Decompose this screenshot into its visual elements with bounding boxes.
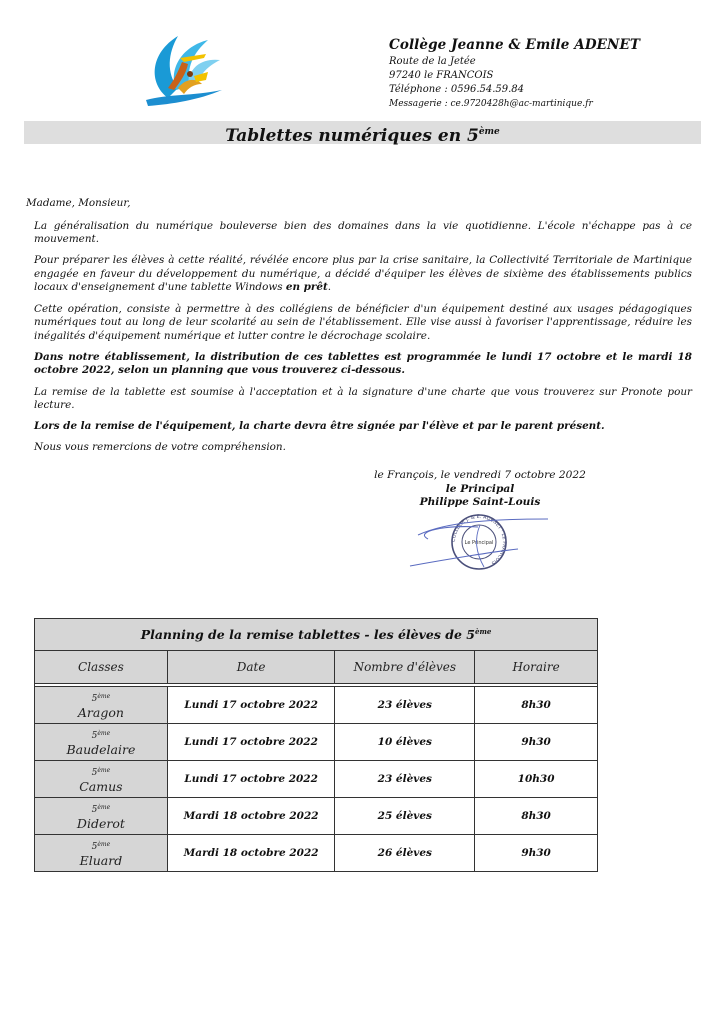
document-title: Tablettes numériques en 5ème — [225, 126, 500, 146]
count-cell: 23 élèves — [335, 687, 475, 724]
document-title-band: Tablettes numériques en 5ème — [24, 121, 701, 144]
paragraph-5: La remise de la tablette est soumise à l… — [34, 386, 692, 413]
time-cell: 9h30 — [475, 724, 598, 761]
count-cell: 25 élèves — [335, 798, 475, 835]
date-cell: Mardi 18 octobre 2022 — [167, 798, 335, 835]
paragraph-2: Pour préparer les élèves à cette réalité… — [34, 254, 692, 295]
column-header-count: Nombre d'élèves — [335, 651, 475, 684]
school-header: Collège Jeanne & Emile ADENET Route de l… — [389, 37, 640, 111]
count-cell: 26 élèves — [335, 835, 475, 872]
class-cell: 5èmeBaudelaire — [35, 724, 168, 761]
time-cell: 8h30 — [475, 687, 598, 724]
email-address: Messagerie : ce.9720428h@ac-martinique.f… — [389, 97, 640, 111]
class-cell: 5èmeEluard — [35, 835, 168, 872]
phone-number: Téléphone : 0596.54.59.84 — [389, 83, 640, 97]
planning-caption: Planning de la remise tablettes - les él… — [35, 619, 598, 651]
paragraph-7-thanks: Nous vous remercions de votre compréhens… — [34, 441, 692, 455]
official-stamp-signature-icon: COLLEGE J. & E. ADENET · LE FRANCOIS Le … — [408, 511, 550, 573]
address-line-1: Route de la Jetée — [389, 55, 640, 69]
school-name: Collège Jeanne & Emile ADENET — [389, 37, 640, 53]
paragraph-6-charter: Lors de la remise de l'équipement, la ch… — [34, 420, 692, 434]
date-cell: Lundi 17 octobre 2022 — [167, 761, 335, 798]
table-row: 5èmeBaudelaire Lundi 17 octobre 2022 10 … — [35, 724, 598, 761]
time-cell: 9h30 — [475, 835, 598, 872]
signature-block: le François, le vendredi 7 octobre 2022 … — [345, 469, 615, 510]
count-cell: 10 élèves — [335, 724, 475, 761]
table-row: 5èmeCamus Lundi 17 octobre 2022 23 élève… — [35, 761, 598, 798]
time-cell: 8h30 — [475, 798, 598, 835]
date-cell: Mardi 18 octobre 2022 — [167, 835, 335, 872]
salutation: Madame, Monsieur, — [26, 197, 692, 211]
college-logo-wave-icon — [138, 28, 226, 112]
table-row: 5èmeEluard Mardi 18 octobre 2022 26 élèv… — [35, 835, 598, 872]
column-header-date: Date — [167, 651, 335, 684]
signer-role: le Principal — [345, 483, 615, 497]
place-date: le François, le vendredi 7 octobre 2022 — [345, 469, 615, 483]
paragraph-1: La généralisation du numérique boulevers… — [34, 220, 692, 247]
class-cell: 5èmeAragon — [35, 687, 168, 724]
count-cell: 23 élèves — [335, 761, 475, 798]
time-cell: 10h30 — [475, 761, 598, 798]
class-cell: 5èmeDiderot — [35, 798, 168, 835]
date-cell: Lundi 17 octobre 2022 — [167, 687, 335, 724]
signer-name: Philippe Saint-Louis — [345, 496, 615, 510]
column-header-classes: Classes — [35, 651, 168, 684]
planning-table: Planning de la remise tablettes - les él… — [34, 618, 598, 872]
date-cell: Lundi 17 octobre 2022 — [167, 724, 335, 761]
table-row: 5èmeDiderot Mardi 18 octobre 2022 25 élè… — [35, 798, 598, 835]
paragraph-4-distribution: Dans notre établissement, la distributio… — [34, 351, 692, 378]
class-cell: 5èmeCamus — [35, 761, 168, 798]
address-line-2: 97240 le FRANCOIS — [389, 69, 640, 83]
letter-body: Madame, Monsieur, La généralisation du n… — [26, 197, 692, 462]
svg-text:Le Principal: Le Principal — [465, 540, 494, 546]
column-header-time: Horaire — [475, 651, 598, 684]
table-row: 5èmeAragon Lundi 17 octobre 2022 23 élèv… — [35, 687, 598, 724]
paragraph-3: Cette opération, consiste à permettre à … — [34, 303, 692, 344]
